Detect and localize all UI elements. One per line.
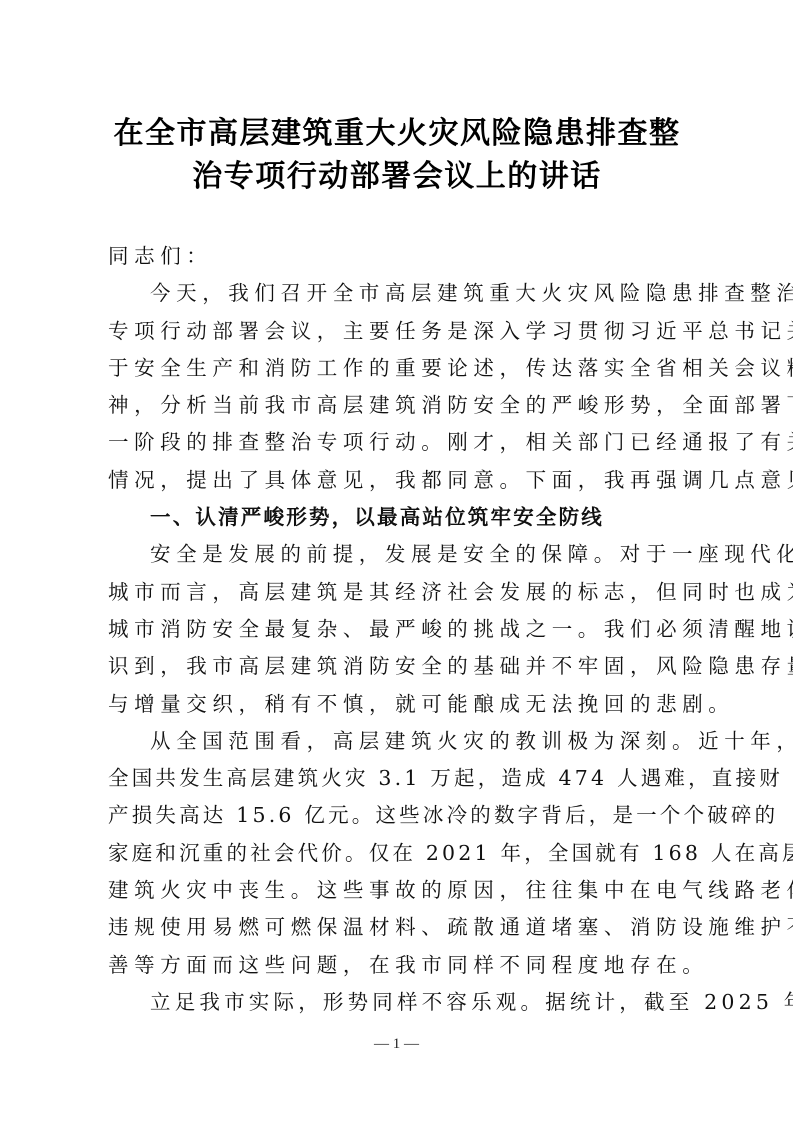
paragraph-line: 安全是发展的前提，发展是安全的保障。对于一座现代化 <box>108 536 688 573</box>
document-page: 在全市高层建筑重大火灾风险隐患排查整 治专项行动部署会议上的讲话 同志们： 今天… <box>0 0 793 1122</box>
paragraph-line: 从全国范围看，高层建筑火灾的教训极为深刻。近十年， <box>108 723 688 760</box>
paragraph-line: 与增量交织，稍有不慎，就可能酿成无法挽回的悲剧。 <box>108 686 688 723</box>
paragraph-line: 情况，提出了具体意见，我都同意。下面，我再强调几点意见。 <box>108 462 688 499</box>
document-body: 同志们： 今天，我们召开全市高层建筑重大火灾风险隐患排查整治 专项行动部署会议，… <box>108 238 688 1021</box>
title-line-2: 治专项行动部署会议上的讲话 <box>108 155 686 198</box>
paragraph-line: 善等方面而这些问题，在我市同样不同程度地存在。 <box>108 947 688 984</box>
paragraph-line: 于安全生产和消防工作的重要论述，传达落实全省相关会议精 <box>108 350 688 387</box>
section-heading: 一、认清严峻形势，以最高站位筑牢安全防线 <box>108 499 688 536</box>
document-title: 在全市高层建筑重大火灾风险隐患排查整 治专项行动部署会议上的讲话 <box>108 112 686 198</box>
salutation: 同志们： <box>108 238 688 275</box>
title-line-1: 在全市高层建筑重大火灾风险隐患排查整 <box>108 112 686 155</box>
paragraph-line: 专项行动部署会议，主要任务是深入学习贯彻习近平总书记关 <box>108 313 688 350</box>
paragraph-line: 违规使用易燃可燃保温材料、疏散通道堵塞、消防设施维护不 <box>108 909 688 946</box>
paragraph-line: 全国共发生高层建筑火灾 3.1 万起，造成 474 人遇难，直接财 <box>108 760 688 797</box>
paragraph-line: 家庭和沉重的社会代价。仅在 2021 年，全国就有 168 人在高层 <box>108 835 688 872</box>
paragraph-line: 立足我市实际，形势同样不容乐观。据统计，截至 2025 年 <box>108 984 688 1021</box>
paragraph-line: 今天，我们召开全市高层建筑重大火灾风险隐患排查整治 <box>108 275 688 312</box>
paragraph-line: 城市而言，高层建筑是其经济社会发展的标志，但同时也成为 <box>108 574 688 611</box>
paragraph-line: 产损失高达 15.6 亿元。这些冰冷的数字背后，是一个个破碎的 <box>108 797 688 834</box>
paragraph-line: 一阶段的排查整治专项行动。刚才，相关部门已经通报了有关 <box>108 424 688 461</box>
paragraph-line: 神，分析当前我市高层建筑消防安全的严峻形势，全面部署下 <box>108 387 688 424</box>
paragraph-line: 识到，我市高层建筑消防安全的基础并不牢固，风险隐患存量 <box>108 648 688 685</box>
paragraph-line: 城市消防安全最复杂、最严峻的挑战之一。我们必须清醒地认 <box>108 611 688 648</box>
paragraph-line: 建筑火灾中丧生。这些事故的原因，往往集中在电气线路老化、 <box>108 872 688 909</box>
page-number: — 1 — <box>0 1036 793 1053</box>
